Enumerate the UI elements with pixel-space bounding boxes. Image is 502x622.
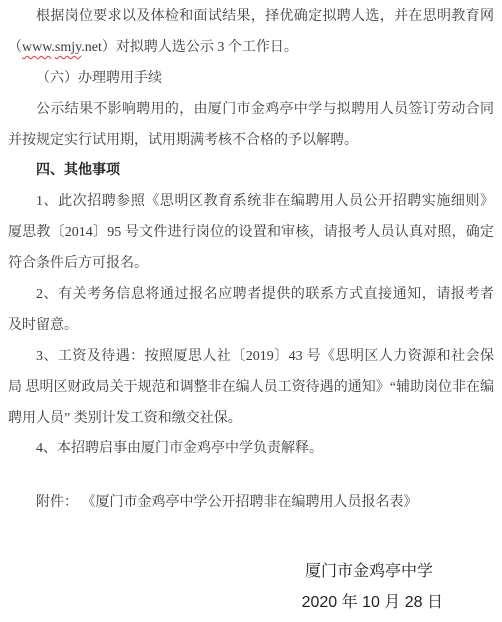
text-line: 2、有关考务信息将通过报名应聘者提供的联系方式直接通知，请报考者 xyxy=(8,280,494,311)
document-body: 根据岗位要求以及体检和面试结果，择优确定拟聘人选，并在思明教育网（www.smj… xyxy=(8,2,494,619)
signature-line: 厦门市金鸡亭中学 xyxy=(8,557,494,588)
text-line: 根据岗位要求以及体检和面试结果，择优确定拟聘人选，并在思明教育网 xyxy=(8,2,494,33)
text-line: 及时留意。 xyxy=(8,311,494,342)
text-line: 公示结果不影响聘用的，由厦门市金鸡亭中学与拟聘用人员签订劳动合同 xyxy=(8,95,494,126)
url-text-segment: ）对拟聘人选公示 3 个工作日。 xyxy=(102,40,298,55)
url-text-segment: （ xyxy=(8,40,22,55)
date-line: 2020 年 10 月 28 日 xyxy=(8,588,494,619)
document-page: 根据岗位要求以及体检和面试结果，择优确定拟聘人选，并在思明教育网（www.smj… xyxy=(0,0,502,622)
attachment-line: 附件： 《厦门市金鸡亭中学公开招聘非在编聘用人员报名表》 xyxy=(8,488,494,519)
url-line: （www.smjy.net）对拟聘人选公示 3 个工作日。 xyxy=(8,33,494,64)
url-text-segment: .net xyxy=(81,40,102,55)
text-line: 厦思教〔2014〕95 号文件进行岗位的设置和审核，请报考人员认真对照，确定 xyxy=(8,218,494,249)
text-line: 1、此次招聘参照《思明区教育系统非在编聘用人员公开招聘实施细则》 xyxy=(8,187,494,218)
text-line: 3、工资及待遇：按照厦思人社〔2019〕43 号《思明区人力资源和社会保障 xyxy=(8,342,494,373)
subsection-title: （六）办理聘用手续 xyxy=(8,64,494,95)
text-line: 聘用人员” 类别计发工资和缴交社保。 xyxy=(8,404,494,435)
text-line: 局 思明区财政局关于规范和调整非在编人员工资待遇的通知》“辅助岗位非在编 xyxy=(8,373,494,404)
section-heading: 四、其他事项 xyxy=(8,156,494,187)
text-line: 4、本招聘启事由厦门市金鸡亭中学负责解释。 xyxy=(8,434,494,465)
text-line: 并按规定实行试用期，试用期满考核不合格的予以解聘。 xyxy=(8,126,494,157)
spellcheck-wavy-underline: smjy xyxy=(55,40,81,55)
text-line: 符合条件后方可报名。 xyxy=(8,249,494,280)
spellcheck-wavy-underline: www xyxy=(22,40,51,55)
